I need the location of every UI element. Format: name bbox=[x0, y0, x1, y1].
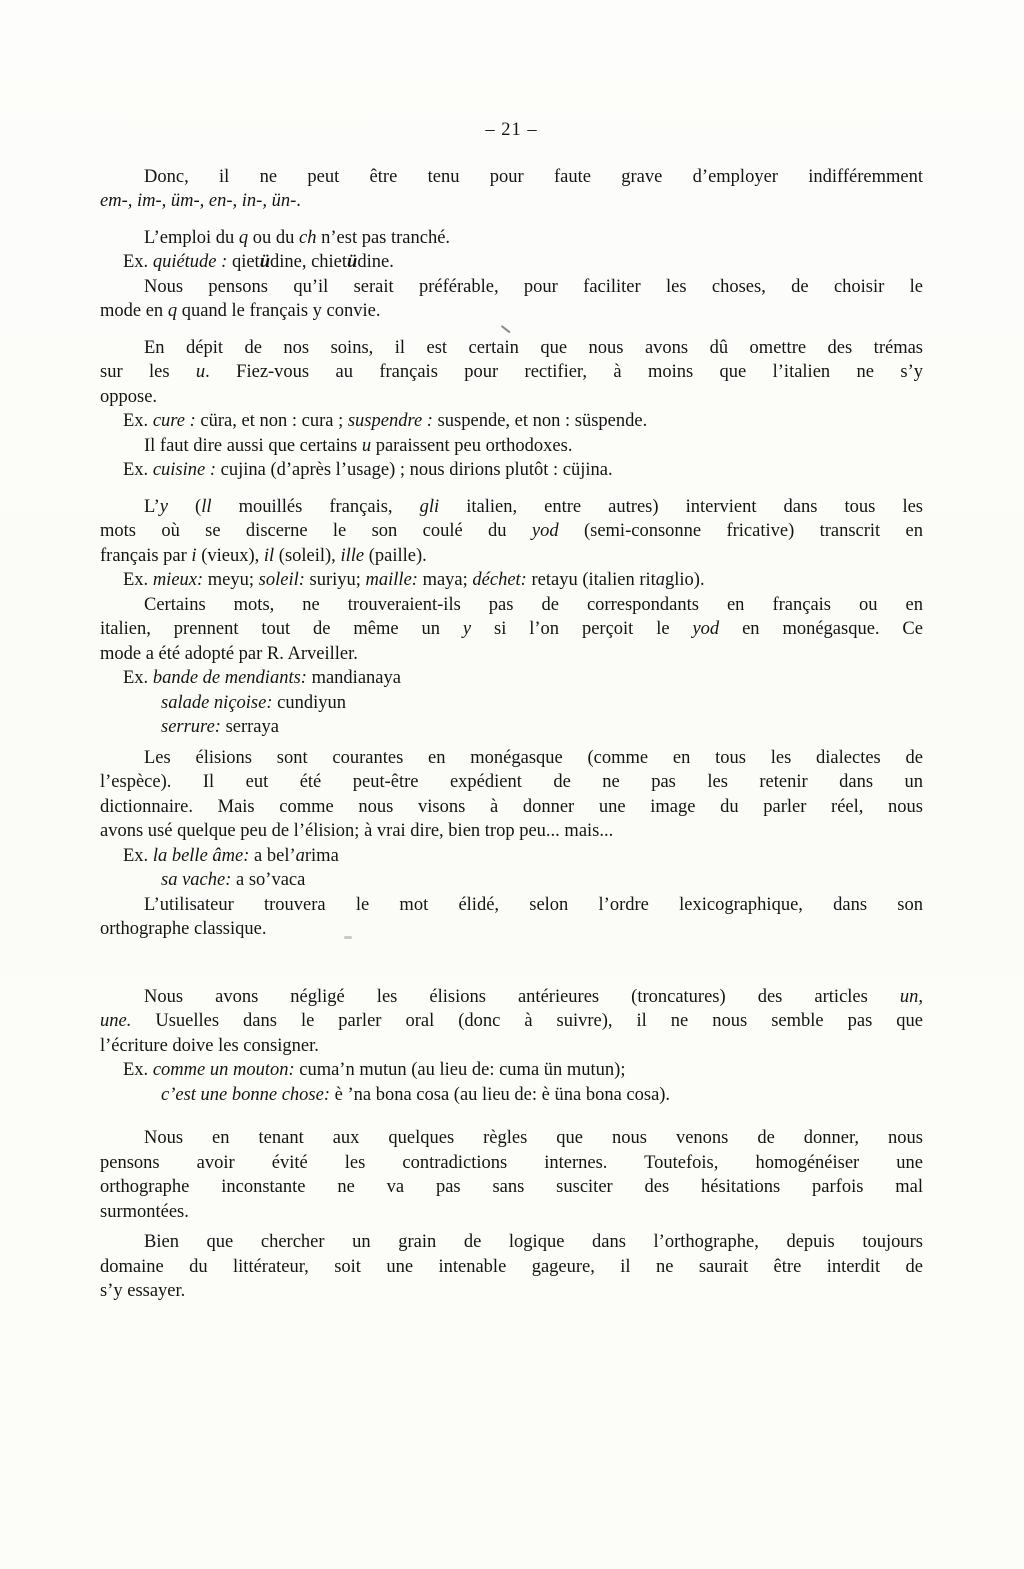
text-run: Ex. bbox=[123, 1060, 153, 1080]
text-line: Ex. cure : cüra, et non : cura ; suspend… bbox=[100, 409, 923, 434]
text-run: quand le français y convie. bbox=[177, 301, 380, 321]
text-run: cujina (d’après l’usage) ; nous dirions … bbox=[216, 460, 613, 480]
italic-run: a bbox=[656, 570, 665, 590]
text-run: . bbox=[296, 191, 301, 211]
text-run: . Fiez-vous au français pour rectifier, … bbox=[205, 362, 923, 382]
text-run: a so’vaca bbox=[231, 870, 305, 890]
italic-run: comme un mouton: bbox=[153, 1060, 295, 1080]
italic-run: y bbox=[463, 619, 471, 639]
text-line: Les élisions sont courantes en monégasqu… bbox=[100, 746, 923, 771]
text-line: Ex. bande de mendiants: mandianaya bbox=[100, 666, 923, 691]
text-run: Donc, il ne peut être tenu pour faute gr… bbox=[144, 167, 923, 187]
text-line: serrure: serraya bbox=[100, 715, 923, 740]
text-run: cuma’n mutun (au lieu de: cuma ün mutun)… bbox=[295, 1060, 626, 1080]
italic-run: mieux: bbox=[153, 570, 203, 590]
italic-run: em-, im-, üm-, en-, in-, ün- bbox=[100, 191, 296, 211]
italic-run: bande de mendiants: bbox=[153, 668, 307, 688]
text-line: domaine du littérateur, soit une intenab… bbox=[100, 1255, 923, 1280]
text-run: Nous avons négligé les élisions antérieu… bbox=[144, 987, 900, 1007]
italic-run: ü bbox=[260, 252, 270, 272]
text-run: surmontées. bbox=[100, 1202, 189, 1222]
text-run: Il faut dire aussi que certains bbox=[144, 436, 362, 456]
text-run: En dépit de nos soins, il est certain qu… bbox=[144, 338, 923, 358]
text-line: l’écriture doive les consigner. bbox=[100, 1034, 923, 1059]
para-conclusion: Bien que chercher un grain de logique da… bbox=[100, 1230, 923, 1304]
text-run: paraissent peu orthodoxes. bbox=[371, 436, 572, 456]
text-line: Ex. mieux: meyu; soleil: suriyu; maille:… bbox=[100, 568, 923, 593]
text-run: italien, prennent tout de même un bbox=[100, 619, 463, 639]
italic-run: u bbox=[362, 436, 371, 456]
text-run: (vieux), bbox=[197, 546, 264, 566]
italic-run: soleil: bbox=[259, 570, 305, 590]
text-line: Il faut dire aussi que certains u parais… bbox=[100, 434, 923, 459]
text-line: Nous avons négligé les élisions antérieu… bbox=[100, 985, 923, 1010]
page-number: – 21 – bbox=[100, 118, 923, 143]
italic-run: un, bbox=[900, 987, 923, 1007]
text-run: dine, chiet bbox=[270, 252, 347, 272]
italic-run: maille: bbox=[366, 570, 418, 590]
text-run: L’utilisateur trouvera le mot élidé, sel… bbox=[144, 895, 923, 915]
text-run: Ex. bbox=[123, 668, 153, 688]
para-elisions: Les élisions sont courantes en monégasqu… bbox=[100, 746, 923, 942]
text-run: suriyu; bbox=[305, 570, 366, 590]
text-line: dictionnaire. Mais comme nous visons à d… bbox=[100, 795, 923, 820]
text-line: Nous en tenant aux quelques règles que n… bbox=[100, 1126, 923, 1151]
text-line: avons usé quelque peu de l’élision; à vr… bbox=[100, 819, 923, 844]
italic-run: q bbox=[239, 228, 248, 248]
text-run: L’ bbox=[144, 497, 160, 517]
page-content: – 21 – Donc, il ne peut être tenu pour f… bbox=[100, 118, 923, 1304]
text-line: Certains mots, ne trouveraient-ils pas d… bbox=[100, 593, 923, 618]
text-run: glio). bbox=[665, 570, 705, 590]
text-run: en monégasque. Ce bbox=[719, 619, 923, 639]
text-line: oppose. bbox=[100, 385, 923, 410]
text-run: Nous en tenant aux quelques règles que n… bbox=[144, 1128, 923, 1148]
italic-run: salade niçoise: bbox=[161, 693, 273, 713]
italic-run: il bbox=[264, 546, 274, 566]
text-run: l’espèce). Il eut été peut-être expédien… bbox=[100, 772, 923, 792]
italic-run: ch bbox=[299, 228, 316, 248]
italic-run: a bbox=[296, 846, 305, 866]
italic-run: la belle âme: bbox=[153, 846, 250, 866]
text-run: cüra, et non : cura ; bbox=[196, 411, 348, 431]
text-run: si l’on perçoit le bbox=[471, 619, 692, 639]
text-line: c’est une bonne chose: è ’na bona cosa (… bbox=[100, 1083, 923, 1108]
text-line: Ex. quiétude : qietüdine, chietüdine. bbox=[100, 250, 923, 275]
italic-run: u bbox=[196, 362, 205, 382]
text-line: Nous pensons qu’il serait préférable, po… bbox=[100, 275, 923, 300]
text-line: l’espèce). Il eut été peut-être expédien… bbox=[100, 770, 923, 795]
text-run: (semi-consonne fricative) transcrit en bbox=[559, 521, 923, 541]
text-line: En dépit de nos soins, il est certain qu… bbox=[100, 336, 923, 361]
text-line: Ex. comme un mouton: cuma’n mutun (au li… bbox=[100, 1058, 923, 1083]
text-run: domaine du littérateur, soit une intenab… bbox=[100, 1257, 923, 1277]
text-line: Ex. cuisine : cujina (d’après l’usage) ;… bbox=[100, 458, 923, 483]
text-run: Usuelles dans le parler oral (donc à sui… bbox=[131, 1011, 923, 1031]
text-run: suspende, et non : süspende. bbox=[433, 411, 647, 431]
text-line: salade niçoise: cundiyun bbox=[100, 691, 923, 716]
text-line: italien, prennent tout de même un y si l… bbox=[100, 617, 923, 642]
text-run: mots où se discerne le son coulé du bbox=[100, 521, 532, 541]
italic-run: déchet: bbox=[472, 570, 526, 590]
text-line: mots où se discerne le son coulé du yod … bbox=[100, 519, 923, 544]
para-tremas: En dépit de nos soins, il est certain qu… bbox=[100, 336, 923, 483]
text-run: Ex. bbox=[123, 846, 153, 866]
text-run: italien, entre autres) intervient dans t… bbox=[439, 497, 923, 517]
text-run: Ex. bbox=[123, 460, 153, 480]
italic-run: serrure: bbox=[161, 717, 221, 737]
text-line: mode en q quand le français y convie. bbox=[100, 299, 923, 324]
text-run: L’emploi du bbox=[144, 228, 239, 248]
text-run: dine. bbox=[357, 252, 393, 272]
text-line: s’y essayer. bbox=[100, 1279, 923, 1304]
text-run: ( bbox=[168, 497, 201, 517]
text-run: serraya bbox=[221, 717, 279, 737]
para-regles: Nous en tenant aux quelques règles que n… bbox=[100, 1126, 923, 1224]
text-run: cundiyun bbox=[273, 693, 346, 713]
para-troncatures: Nous avons négligé les élisions antérieu… bbox=[100, 985, 923, 1108]
text-run: qiet bbox=[227, 252, 259, 272]
text-run: mandianaya bbox=[307, 668, 401, 688]
text-run: maya; bbox=[418, 570, 472, 590]
text-run: oppose. bbox=[100, 387, 157, 407]
italic-run: cure : bbox=[153, 411, 196, 431]
text-line: Bien que chercher un grain de logique da… bbox=[100, 1230, 923, 1255]
italic-run: ille bbox=[340, 546, 364, 566]
text-run: Ex. bbox=[123, 252, 153, 272]
text-run: orthographe inconstante ne va pas sans s… bbox=[100, 1177, 923, 1197]
italic-run: c’est une bonne chose: bbox=[161, 1085, 330, 1105]
italic-run: q bbox=[168, 301, 177, 321]
text-run: Nous pensons qu’il serait préférable, po… bbox=[144, 277, 923, 297]
text-run: Ex. bbox=[123, 570, 153, 590]
scanned-page: – 21 – Donc, il ne peut être tenu pour f… bbox=[0, 0, 1024, 1569]
italic-run: yod bbox=[692, 619, 719, 639]
italic-run: cuisine : bbox=[153, 460, 216, 480]
text-run: dictionnaire. Mais comme nous visons à d… bbox=[100, 797, 923, 817]
text-line: mode a été adopté par R. Arveiller. bbox=[100, 642, 923, 667]
italic-run: sa vache: bbox=[161, 870, 231, 890]
italic-run: gli bbox=[420, 497, 440, 517]
text-run: s’y essayer. bbox=[100, 1281, 185, 1301]
text-line: sur les u. Fiez-vous au français pour re… bbox=[100, 360, 923, 385]
text-line: surmontées. bbox=[100, 1200, 923, 1225]
text-run: n’est pas tranché. bbox=[317, 228, 451, 248]
italic-run: ll bbox=[201, 497, 211, 517]
text-line: une. Usuelles dans le parler oral (donc … bbox=[100, 1009, 923, 1034]
text-line: pensons avoir évité les contradictions i… bbox=[100, 1151, 923, 1176]
text-run: (soleil), bbox=[274, 546, 340, 566]
text-run: français par bbox=[100, 546, 191, 566]
para-q-ou-ch: L’emploi du q ou du ch n’est pas tranché… bbox=[100, 226, 923, 324]
text-line: em-, im-, üm-, en-, in-, ün-. bbox=[100, 189, 923, 214]
text-run: mode a été adopté par R. Arveiller. bbox=[100, 644, 358, 664]
text-line: Ex. la belle âme: a bel’arima bbox=[100, 844, 923, 869]
para-prefixes: Donc, il ne peut être tenu pour faute gr… bbox=[100, 165, 923, 214]
text-run: rima bbox=[305, 846, 339, 866]
text-line: Donc, il ne peut être tenu pour faute gr… bbox=[100, 165, 923, 190]
italic-run: ü bbox=[347, 252, 357, 272]
text-line: français par i (vieux), il (soleil), ill… bbox=[100, 544, 923, 569]
text-run: avons usé quelque peu de l’élision; à vr… bbox=[100, 821, 613, 841]
text-run: (paille). bbox=[364, 546, 427, 566]
text-run: retayu (italien rit bbox=[527, 570, 656, 590]
text-line: L’emploi du q ou du ch n’est pas tranché… bbox=[100, 226, 923, 251]
text-run: mode en bbox=[100, 301, 168, 321]
text-run: sur les bbox=[100, 362, 196, 382]
text-run: orthographe classique. bbox=[100, 919, 266, 939]
italic-run: quiétude : bbox=[153, 252, 228, 272]
italic-run: yod bbox=[532, 521, 559, 541]
italic-run: suspendre : bbox=[348, 411, 433, 431]
text-run: Bien que chercher un grain de logique da… bbox=[144, 1232, 923, 1252]
text-run: Ex. bbox=[123, 411, 153, 431]
text-run: meyu; bbox=[203, 570, 259, 590]
text-run: ou du bbox=[248, 228, 299, 248]
text-line: L’y (ll mouillés français, gli italien, … bbox=[100, 495, 923, 520]
text-line: orthographe classique. bbox=[100, 917, 923, 942]
text-run: è ’na bona cosa (au lieu de: è üna bona … bbox=[330, 1085, 670, 1105]
text-run: pensons avoir évité les contradictions i… bbox=[100, 1153, 923, 1173]
text-run: a bel’ bbox=[249, 846, 295, 866]
text-run: Certains mots, ne trouveraient-ils pas d… bbox=[144, 595, 923, 615]
italic-run: y bbox=[160, 497, 168, 517]
italic-run: une. bbox=[100, 1011, 131, 1031]
text-run: mouillés français, bbox=[212, 497, 420, 517]
text-run: l’écriture doive les consigner. bbox=[100, 1036, 319, 1056]
text-line: sa vache: a so’vaca bbox=[100, 868, 923, 893]
para-yod: L’y (ll mouillés français, gli italien, … bbox=[100, 495, 923, 740]
text-run: Les élisions sont courantes en monégasqu… bbox=[144, 748, 923, 768]
text-line: L’utilisateur trouvera le mot élidé, sel… bbox=[100, 893, 923, 918]
text-line: orthographe inconstante ne va pas sans s… bbox=[100, 1175, 923, 1200]
